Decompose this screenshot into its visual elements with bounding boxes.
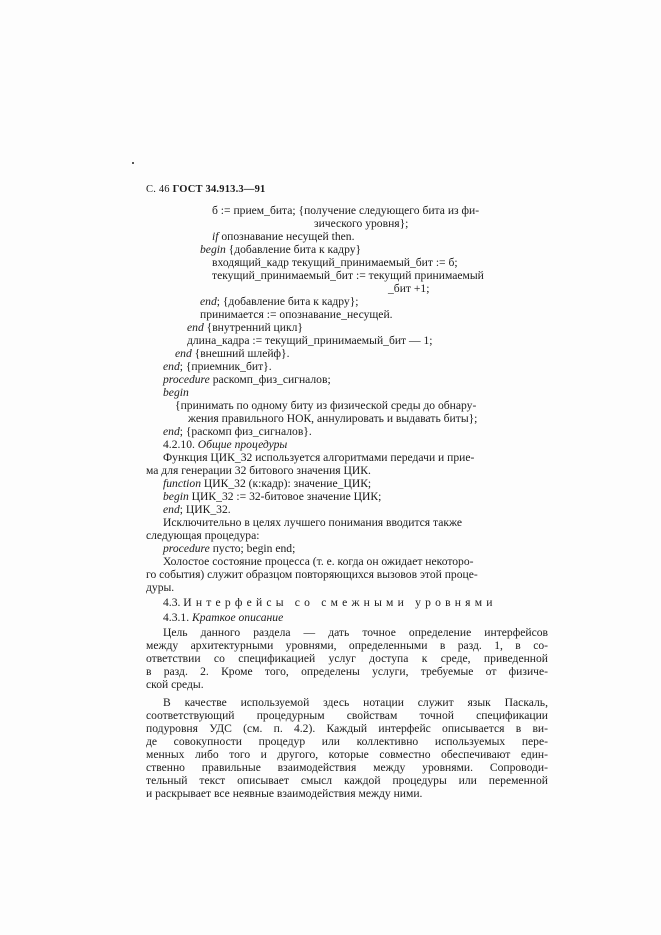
section-title: Общие процедуры (198, 438, 287, 451)
code-line: жения правильного НОК, аннулировать и вы… (188, 412, 477, 425)
code-line: зического уровня}; (314, 217, 408, 230)
keyword: begin (200, 243, 226, 256)
paragraph-line: следующая процедура: (146, 529, 259, 542)
section-heading-4-3-1: 4.3.1. Краткое описание (163, 611, 283, 624)
code-line: procedure раскомп_физ_сигналов; (163, 373, 331, 386)
paragraph-line: Холостое состояние процесса (т. е. когда… (163, 555, 474, 568)
code-text: ; ЦИК_32. (180, 503, 231, 516)
code-line: if опознавание несущей then. (212, 230, 354, 243)
paragraph-line: Функция ЦИК_32 используется алгоритмами … (163, 451, 474, 464)
code-text: _бит +1; (388, 282, 429, 295)
keyword: function (163, 477, 201, 490)
code-line: принимается := опознавание_несущей. (200, 308, 393, 321)
page-header: С. 46 ГОСТ 34.913.3—91 (146, 184, 265, 195)
keyword: end (187, 321, 204, 334)
paragraph-line: и раскрывает все неявные взаимодействия … (146, 787, 548, 800)
code-line: {принимать по одному биту из физической … (175, 399, 476, 412)
paragraph-line: Цель данного раздела — дать точное опред… (163, 626, 548, 639)
code-line: end {внутренний цикл} (187, 321, 303, 334)
section-number: 4.2.10. (163, 438, 195, 451)
section-title: Краткое описание (192, 611, 283, 624)
code-text: принимается := опознавание_несущей. (200, 308, 393, 321)
code-line: begin {добавление бита к кадру} (200, 243, 361, 256)
paragraph-line: тельный текст описывает смысл каждой про… (146, 774, 548, 787)
paragraph-line: дуры. (146, 581, 174, 594)
code-line: end; {раскомп физ_сигналов}. (163, 425, 312, 438)
keyword: end (163, 360, 180, 373)
code-text: пусто; begin end; (210, 542, 296, 555)
code-text: ЦИК_32 := 32-битовое значение ЦИК; (189, 490, 382, 503)
keyword: end (163, 503, 180, 516)
code-line: end; {добавление бита к кадру}; (200, 295, 359, 308)
paragraph-line: ма для генерации 32 битового значения ЦИ… (146, 464, 371, 477)
page-number: С. 46 (146, 184, 170, 195)
paragraph-line: подуровня УДС (см. п. 4.2). Каждый интер… (146, 722, 548, 735)
code-line: текущий_принимаемый_бит := текущий прини… (212, 269, 484, 282)
keyword: begin (163, 386, 189, 399)
code-line: end; ЦИК_32. (163, 503, 231, 516)
section-title: Интерфейсы со смежными уровнями (183, 596, 496, 609)
code-line: входящий_кадр текущий_принимаемый_бит :=… (212, 256, 458, 269)
code-text: длина_кадра := текущий_принимаемый_бит —… (187, 334, 433, 347)
section-number: 4.3. (163, 596, 180, 609)
section-heading-4-3: 4.3. Интерфейсы со смежными уровнями (163, 596, 497, 609)
paragraph-line: ответствии со спецификацией услуг доступ… (146, 652, 548, 665)
code-text: {внешний шлейф}. (192, 347, 290, 360)
code-text: {добавление бита к кадру} (226, 243, 361, 256)
code-line: function ЦИК_32 (к:кадр): значение_ЦИК; (163, 477, 371, 490)
section-number: 4.3.1. (163, 611, 189, 624)
paragraph-line: в разд. 2. Кроме того, определены услуги… (146, 665, 548, 678)
code-line: begin (163, 386, 189, 399)
keyword: end (200, 295, 217, 308)
code-text: ; {раскомп физ_сигналов}. (180, 425, 312, 438)
code-line: end; {приемник_бит}. (163, 360, 272, 373)
paragraph-line: между архитектурными уровнями, определен… (146, 639, 548, 652)
paragraph-line: соответствующий процедурным свойствам то… (146, 709, 548, 722)
code-line: begin ЦИК_32 := 32-битовое значение ЦИК; (163, 490, 381, 503)
code-text: входящий_кадр текущий_принимаемый_бит :=… (212, 256, 458, 269)
paragraph-line: В качестве используемой здесь нотации сл… (163, 696, 548, 709)
code-line: end {внешний шлейф}. (175, 347, 290, 360)
paragraph-line: ственно правильные взаимодействия между … (146, 761, 548, 774)
paragraph-line: де совокупности процедур или коллективно… (146, 735, 548, 748)
code-text: б := прием_бита; {получение следующего б… (212, 204, 479, 217)
keyword: procedure (163, 542, 210, 555)
code-text: раскомп_физ_сигналов; (210, 373, 331, 386)
code-text: ЦИК_32 (к:кадр): значение_ЦИК; (201, 477, 371, 490)
code-text: текущий_принимаемый_бит := текущий прини… (212, 269, 484, 282)
paragraph-line: менных либо того и другого, которые совм… (146, 748, 548, 761)
code-text: ; {приемник_бит}. (180, 360, 272, 373)
code-text: жения правильного НОК, аннулировать и вы… (188, 412, 477, 425)
code-text: ; {добавление бита к кадру}; (217, 295, 359, 308)
keyword: end (175, 347, 192, 360)
section-heading-4-2-10: 4.2.10. Общие процедуры (163, 438, 287, 451)
code-text: зического уровня}; (314, 217, 408, 230)
code-text: {внутренний цикл} (204, 321, 303, 334)
standard-id: ГОСТ 34.913.3—91 (173, 184, 266, 195)
scan-speck (132, 162, 134, 164)
code-text: {принимать по одному биту из физической … (175, 399, 476, 412)
keyword: end (163, 425, 180, 438)
code-line: б := прием_бита; {получение следующего б… (212, 204, 479, 217)
code-line: procedure пусто; begin end; (163, 542, 295, 555)
keyword: procedure (163, 373, 210, 386)
code-text: опознавание несущей then. (218, 230, 354, 243)
paragraph-line: Исключительно в целях лучшего понимания … (163, 516, 462, 529)
paragraph-line: го события) служит образцом повторяющихс… (146, 568, 478, 581)
keyword: begin (163, 490, 189, 503)
code-line: _бит +1; (388, 282, 429, 295)
paragraph-line: ской среды. (146, 678, 548, 691)
code-line: длина_кадра := текущий_принимаемый_бит —… (187, 334, 433, 347)
